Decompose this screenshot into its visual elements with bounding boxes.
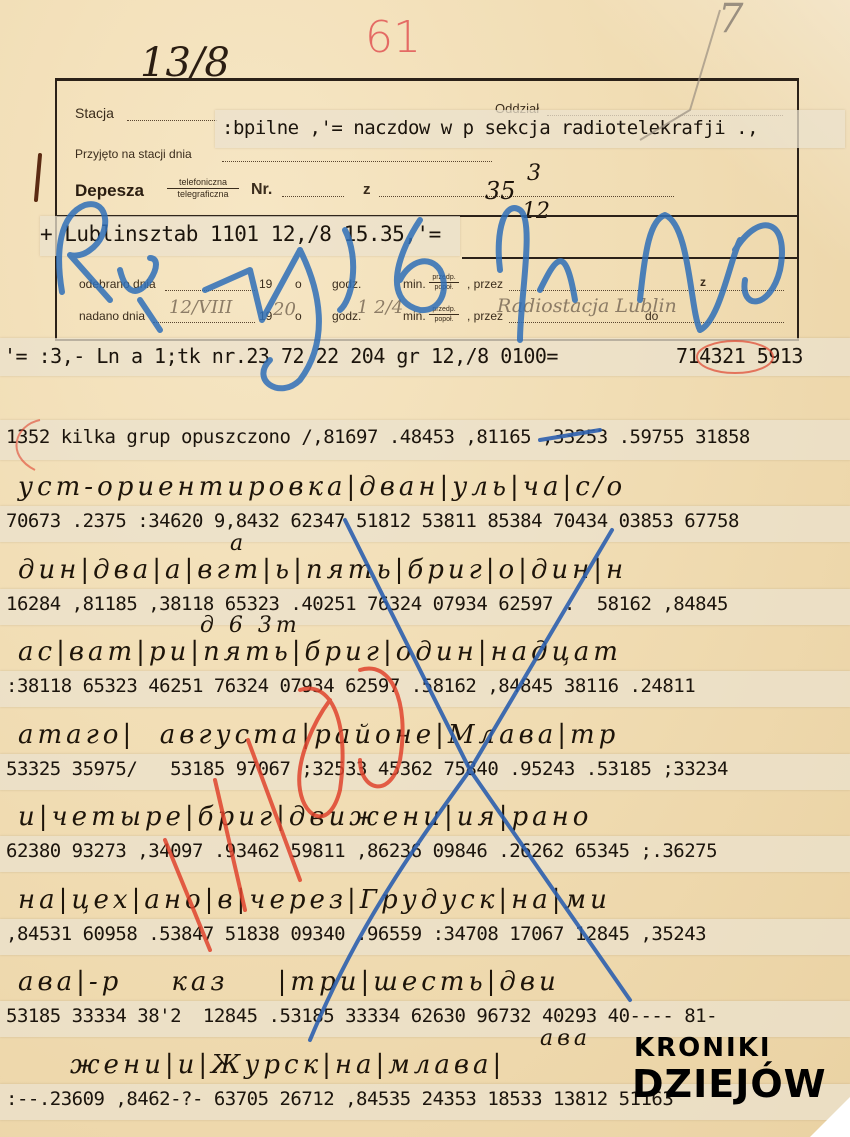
- watermark-line-2: DZIEJÓW: [632, 1066, 822, 1102]
- number-dots: [282, 196, 344, 197]
- received-by-dots: [509, 290, 784, 291]
- received-at-station-dots: [222, 161, 492, 162]
- received-dots: [165, 290, 255, 291]
- sent-dots: [153, 322, 255, 323]
- cipher-groups: 53325 35975/ 53185 97067 ;32533 45362 75…: [6, 758, 728, 780]
- station-dots: [127, 120, 217, 121]
- decrypt-handwriting: на|цех|ано|в|через|Грудуск|на|ми: [18, 885, 611, 915]
- handwritten-fraction-bottom: 12: [522, 199, 550, 224]
- tape-service-line: '= :3,- Ln a 1;tk nr.23 72 22 204 gr 12,…: [4, 344, 558, 368]
- received-at-station-label: Przyjęto na stacji dnia: [75, 147, 192, 161]
- decrypt-handwriting: ас|ват|ри|пять|бриг|один|надцат: [18, 637, 622, 667]
- cipher-groups: :--.23609 ,8462-?- 63705 26712 ,84535 24…: [6, 1088, 673, 1110]
- corner-pencil-annotation: 7: [718, 0, 743, 42]
- decrypt-handwriting: дин|два|а|вгт|ь|пять|бриг|о|дин|н: [18, 555, 627, 585]
- ink-drip-icon: [36, 155, 40, 200]
- cipher-groups: 53185 33334 38'2 12845 .53185 33334 6263…: [6, 1005, 717, 1027]
- station-label: Stacja: [75, 105, 114, 121]
- from-dots: [379, 196, 674, 197]
- dispatch-type-telegraph: telegraficzna: [167, 189, 239, 200]
- received-year: 19: [259, 277, 272, 291]
- sent-label: nadano dnia: [79, 309, 145, 323]
- decrypt-handwriting: ава|-р каз |три|шесть|дви: [18, 967, 560, 997]
- paper-corner-tear: [810, 1097, 850, 1137]
- received-pm: popoł.: [429, 283, 459, 292]
- sent-am: przedp.: [429, 305, 459, 315]
- decrypt-handwriting: уст-ориентировка|дван|уль|ча|с/о: [18, 472, 626, 502]
- sent-pm: popoł.: [429, 315, 459, 324]
- from-label: z: [363, 181, 371, 198]
- decrypt-handwriting: и|четыре|бриг|движени|ия|рано: [18, 802, 592, 832]
- decrypt-handwriting: атаго| августа|районе|Млава|тр: [18, 720, 619, 750]
- sent-ampm: przedp. popoł.: [429, 305, 459, 324]
- tape-origin-line: + Lublinsztab 1101 12,/8 15.35,'=: [40, 222, 441, 246]
- received-hour: godz.: [332, 277, 361, 291]
- sent-min: min.: [403, 309, 426, 323]
- received-label: odebrano dnia: [79, 277, 156, 291]
- sent-year: 19: [259, 309, 272, 323]
- red-number-annotation: 61: [365, 12, 421, 63]
- dispatch-label: Depesza: [75, 181, 144, 201]
- received-o: o: [295, 277, 302, 291]
- decrypt-superscript: д 6 3т: [200, 613, 301, 638]
- decrypt-superscript: а: [230, 531, 247, 556]
- sent-handwritten-by: Radiostacja Lublin: [497, 295, 677, 317]
- cipher-groups: 70673 .2375 :34620 9,8432 62347 51812 53…: [6, 510, 739, 532]
- cipher-groups: 16284 ,81185 ,38118 65323 .40251 76324 0…: [6, 593, 728, 615]
- received-ampm: przedp. popoł.: [429, 273, 459, 292]
- handwritten-fraction-top: 3: [527, 161, 541, 186]
- form-divider-2: [462, 257, 797, 259]
- cipher-groups: 62380 93273 ,34097 .93462 59811 ,86236 0…: [6, 840, 717, 862]
- tape-header-line: :bpilne ,'= naczdow w p sekcja radiotele…: [222, 117, 758, 139]
- cipher-groups: ,84531 60958 .53847 51838 09340 .96559 :…: [6, 923, 706, 945]
- tape-service-tail: 714321 5913: [676, 344, 803, 368]
- sent-handwritten-year: 20: [273, 299, 296, 320]
- received-min: min.: [403, 277, 426, 291]
- sent-o: o: [295, 309, 302, 323]
- sent-handwritten-date: 12/VIII: [169, 297, 232, 318]
- decrypt-superscript: ава: [540, 1026, 591, 1051]
- dispatch-type-phone: telefoniczna: [167, 177, 239, 189]
- received-by-label: , przez: [467, 277, 503, 291]
- received-am: przedp.: [429, 273, 459, 283]
- cipher-groups: :38118 65323 46251 76324 07934 62597 .58…: [6, 675, 695, 697]
- handwritten-number: 35: [485, 177, 516, 205]
- number-label: Nr.: [251, 181, 272, 199]
- decrypt-handwriting: жени|и|Журск|на|млава|: [70, 1050, 505, 1080]
- tape-1352-line: 1352 kilka grup opuszczono /,81697 .4845…: [6, 426, 750, 448]
- watermark-logo: KRONIKI DZIEJÓW: [632, 1030, 822, 1110]
- dispatch-type: telefoniczna telegraficzna: [167, 177, 239, 200]
- watermark-line-1: KRONIKI: [632, 1030, 822, 1066]
- received-z-label: z: [700, 275, 706, 289]
- sent-handwritten-time: 1 2/4: [357, 297, 403, 318]
